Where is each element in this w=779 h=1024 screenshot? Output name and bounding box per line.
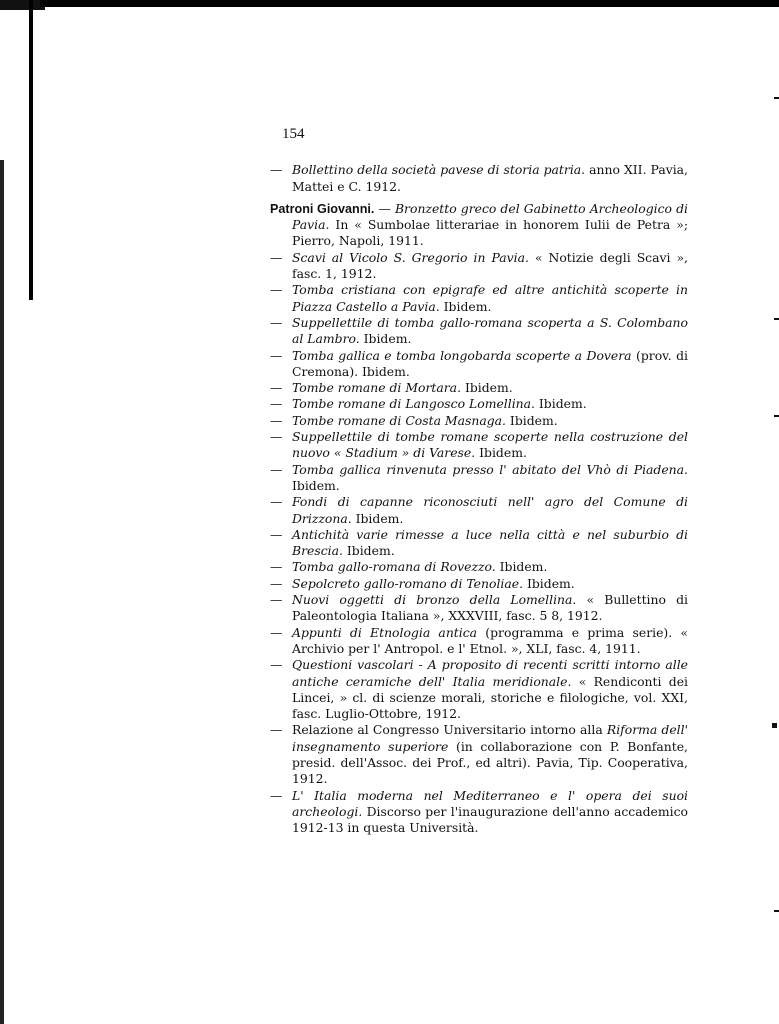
entry-title: Tombe romane di Langosco Lomellina. [292,396,535,411]
bibliography-entry: —Tombe romane di Costa Masnaga. Ibidem. [270,413,688,429]
entry-details: Ibidem. [360,331,412,346]
entry-dash: — [270,250,282,266]
entry-details: Ibidem. [292,478,340,493]
entry-prefix: Relazione al Congresso Universitario int… [292,722,607,737]
scan-gutter-line [29,0,33,300]
entry-dash: — [270,527,282,543]
bibliography-entry: —Tomba gallo-romana di Rovezzo. Ibidem. [270,559,688,575]
entry-title: Tomba gallica rinvenuta presso l' abitat… [292,462,688,477]
entry-dash: — [270,576,282,592]
bibliography-entry: —Nuovi oggetti di bronzo della Lomellina… [270,592,688,625]
bibliography-entry: —Tomba gallica e tomba longobarda scoper… [270,348,688,381]
entry-dash: — [270,625,282,641]
entry-details: In « Sumbolae litterariae in honorem Iul… [292,217,688,248]
bibliography-entry: —Appunti di Etnologia antica (programma … [270,625,688,658]
bibliography-entry: —Tomba cristiana con epigrafe ed altre a… [270,282,688,315]
entry-dash: — [270,494,282,510]
entry-dash: — [270,559,282,575]
entry-title: Scavi al Vicolo S. Gregorio in Pavia. [292,250,529,265]
bibliography-entry: —Relazione al Congresso Universitario in… [270,722,688,787]
bibliography-entry: — Bollettino della società pavese di sto… [270,162,688,195]
entry-dash: — [374,201,395,216]
entry-title: Nuovi oggetti di bronzo della Lomellina. [292,592,576,607]
entry-details: Ibidem. [496,559,548,574]
entry-details: Ibidem. [506,413,558,428]
scan-edge-mark [774,910,779,912]
entry-dash: — [270,429,282,445]
entry-dash: — [270,380,282,396]
bibliography-entry: —Scavi al Vicolo S. Gregorio in Pavia. «… [270,250,688,283]
entry-dash: — [270,282,282,298]
entry-details: Ibidem. [343,543,395,558]
bibliography-entry: —Fondi di capanne riconosciuti nell' agr… [270,494,688,527]
entry-dash: — [270,788,282,804]
entry-dash: — [270,348,282,364]
entry-details: Ibidem. [523,576,575,591]
scan-edge-mark [774,415,779,417]
entry-dash: — [270,162,282,178]
entry-title: Suppellettile di tomba gallo-romana scop… [292,315,688,346]
entry-details: Ibidem. [440,299,492,314]
page-content: 154 — Bollettino della società pavese di… [270,126,688,836]
entry-details: Ibidem. [535,396,587,411]
entry-dash: — [270,592,282,608]
entry-title: Appunti di Etnologia antica [292,625,477,640]
entry-title: Tomba gallica e tomba longobarda scopert… [292,348,632,363]
scan-edge-mark [774,318,779,320]
bibliography-entry: —Suppellettile di tomba gallo-romana sco… [270,315,688,348]
page-number: 154 [282,126,688,142]
bibliography-entry: —L' Italia moderna nel Mediterraneo e l'… [270,788,688,837]
entry-title: Bollettino della società pavese di stori… [292,162,585,177]
entry-title: Tombe romane di Mortara. [292,380,461,395]
scan-edge-mark [774,97,779,99]
bibliography-author-entry: Patroni Giovanni. — Bronzetto greco del … [270,201,688,250]
scan-corner-blot [0,0,45,10]
entry-dash: — [270,657,282,673]
entry-dash: — [270,413,282,429]
entry-title: Sepolcreto gallo-romano di Tenoliae. [292,576,523,591]
entry-title: Tombe romane di Costa Masnaga. [292,413,506,428]
bibliography-entry: —Sepolcreto gallo-romano di Tenoliae. Ib… [270,576,688,592]
entry-dash: — [270,722,282,738]
entry-dash: — [270,315,282,331]
scan-left-edge [0,160,4,1024]
author-name: Patroni Giovanni. [270,202,374,216]
entry-dash: — [270,462,282,478]
entry-dash: — [270,396,282,412]
bibliography-entry: —Questioni vascolari - A proposito di re… [270,657,688,722]
scan-edge-mark [772,723,777,728]
bibliography-entry: —Tombe romane di Mortara. Ibidem. [270,380,688,396]
scan-top-border [40,0,779,7]
bibliography-entry: —Suppellettile di tombe romane scoperte … [270,429,688,462]
entry-title: Tomba gallo-romana di Rovezzo. [292,559,496,574]
bibliography-entry: —Antichità varie rimesse a luce nella ci… [270,527,688,560]
bibliography-entry: —Tomba gallica rinvenuta presso l' abita… [270,462,688,495]
entry-details: Ibidem. [461,380,513,395]
bibliography-entry: —Tombe romane di Langosco Lomellina. Ibi… [270,396,688,412]
entry-details: Ibidem. [352,511,404,526]
entry-details: Ibidem. [475,445,527,460]
